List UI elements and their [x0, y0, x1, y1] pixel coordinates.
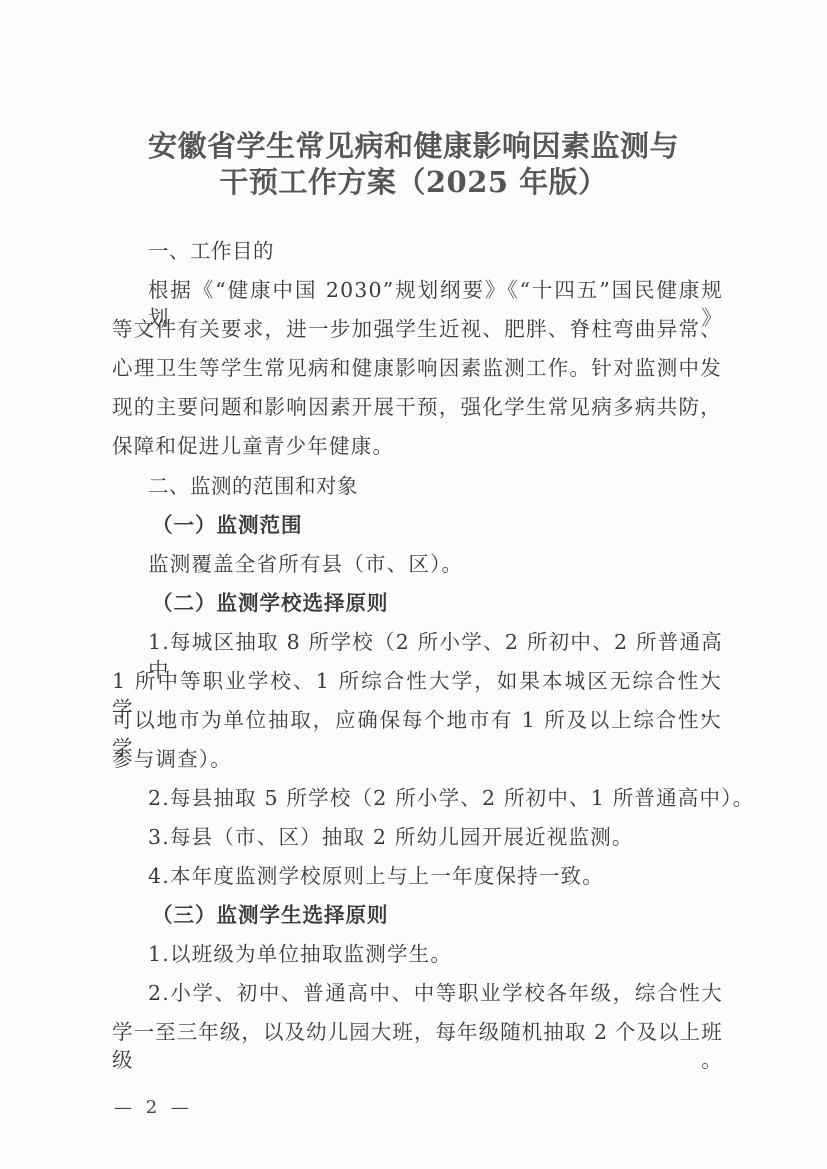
paragraph-line: 等文件有关要求，进一步加强学生近视、肥胖、脊柱弯曲异常、	[112, 315, 722, 343]
list-item-line: 1.以班级为单位抽取监测学生。	[148, 940, 723, 968]
section-heading-scope: 二、监测的范围和对象	[148, 472, 723, 500]
list-item-line: 3.每县（市、区）抽取 2 所幼儿园开展近视监测。	[148, 823, 723, 851]
subsection-heading-scope: （一）监测范围	[152, 511, 762, 539]
paragraph-line: 现的主要问题和影响因素开展干预，强化学生常见病多病共防，	[112, 393, 722, 421]
list-item-line: 参与调查）。	[112, 745, 722, 773]
paragraph-line: 监测覆盖全省所有县（市、区）。	[148, 550, 723, 578]
section-heading-purpose: 一、工作目的	[148, 237, 723, 265]
list-item-line: 4.本年度监测学校原则上与上一年度保持一致。	[148, 862, 723, 890]
document-title-line-2: 干预工作方案（2025 年版）	[0, 164, 827, 200]
paragraph-line: 保障和促进儿童青少年健康。	[112, 432, 722, 460]
document-title-line-1: 安徽省学生常见病和健康影响因素监测与	[0, 128, 827, 164]
list-item-line: 学一至三年级，以及幼儿园大班，每年级随机抽取 2 个及以上班级。	[112, 1018, 722, 1074]
page-number: — 2 —	[114, 1097, 193, 1118]
list-item-line: 2.小学、初中、普通高中、中等职业学校各年级，综合性大	[148, 979, 723, 1007]
document-page: 安徽省学生常见病和健康影响因素监测与 干预工作方案（2025 年版） 一、工作目…	[0, 0, 827, 1169]
list-item-line: 2.每县抽取 5 所学校（2 所小学、2 所初中、1 所普通高中）。	[148, 784, 723, 812]
subsection-heading-school-selection: （二）监测学校选择原则	[152, 589, 762, 617]
subsection-heading-student-selection: （三）监测学生选择原则	[152, 901, 762, 929]
paragraph-line: 心理卫生等学生常见病和健康影响因素监测工作。针对监测中发	[112, 354, 722, 382]
